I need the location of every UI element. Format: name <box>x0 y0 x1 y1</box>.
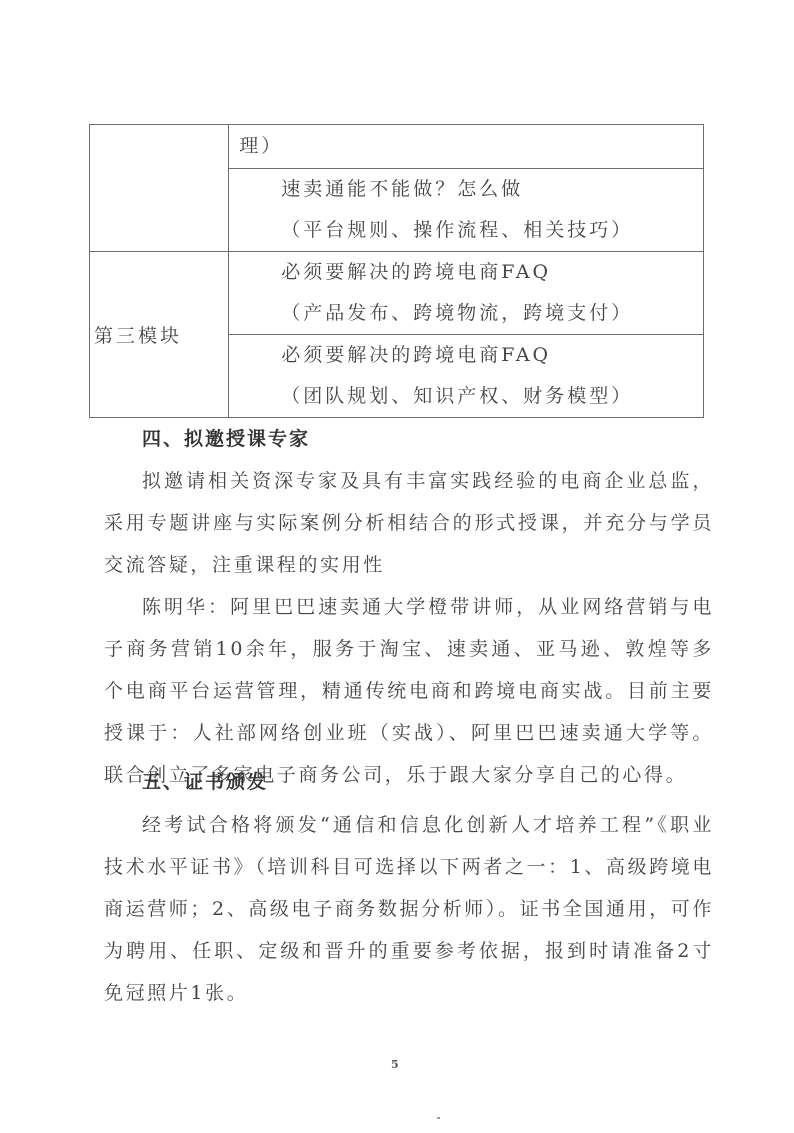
table-row: 理） <box>90 125 704 169</box>
section-heading-certificate: 五、证书颁发 <box>142 767 268 794</box>
topic-title: 必须要解决的跨境电商FAQ <box>229 335 703 376</box>
course-module-table: 理） 速卖通能不能做？怎么做 （平台规则、操作流程、相关技巧） 第三模块 必须要… <box>89 124 704 418</box>
section-heading-experts: 四、拟邀授课专家 <box>142 424 310 451</box>
module-name-cell: 第三模块 <box>90 252 229 418</box>
topic-cell: 理） <box>229 125 704 169</box>
page-number: 5 <box>391 1058 399 1071</box>
section-body-certificate: 经考试合格将颁发“通信和信息化创新人才培养工程”《职业技术水平证书》（培训科目可… <box>104 804 714 1014</box>
topic-detail: （产品发布、跨境物流，跨境支付） <box>229 293 703 334</box>
topic-title: 速卖通能不能做？怎么做 <box>229 169 703 210</box>
topic-cell: 速卖通能不能做？怎么做 （平台规则、操作流程、相关技巧） <box>229 169 704 252</box>
topic-line: 理） <box>229 126 703 167</box>
topic-cell: 必须要解决的跨境电商FAQ （团队规划、知识产权、财务模型） <box>229 335 704 418</box>
module-cell-empty <box>90 125 229 252</box>
paragraph-invitation: 拟邀请相关资深专家及具有丰富实践经验的电商企业总监，采用专题讲座与实际案例分析相… <box>104 460 714 586</box>
paragraph-lecturer-bio: 陈明华：阿里巴巴速卖通大学橙带讲师，从业网络营销与电子商务营销10余年，服务于淘… <box>104 586 714 796</box>
topic-cell: 必须要解决的跨境电商FAQ （产品发布、跨境物流，跨境支付） <box>229 252 704 335</box>
topic-detail: （平台规则、操作流程、相关技巧） <box>229 210 703 251</box>
topic-title: 必须要解决的跨境电商FAQ <box>229 252 703 293</box>
table-row: 第三模块 必须要解决的跨境电商FAQ （产品发布、跨境物流，跨境支付） <box>90 252 704 335</box>
module-name: 第三模块 <box>94 325 182 347</box>
paragraph-certificate: 经考试合格将颁发“通信和信息化创新人才培养工程”《职业技术水平证书》（培训科目可… <box>104 804 714 1014</box>
section-body-experts: 拟邀请相关资深专家及具有丰富实践经验的电商企业总监，采用专题讲座与实际案例分析相… <box>104 460 714 796</box>
scan-speck <box>437 1117 440 1119</box>
topic-detail: （团队规划、知识产权、财务模型） <box>229 376 703 417</box>
document-page: 理） 速卖通能不能做？怎么做 （平台规则、操作流程、相关技巧） 第三模块 必须要… <box>0 0 794 1133</box>
